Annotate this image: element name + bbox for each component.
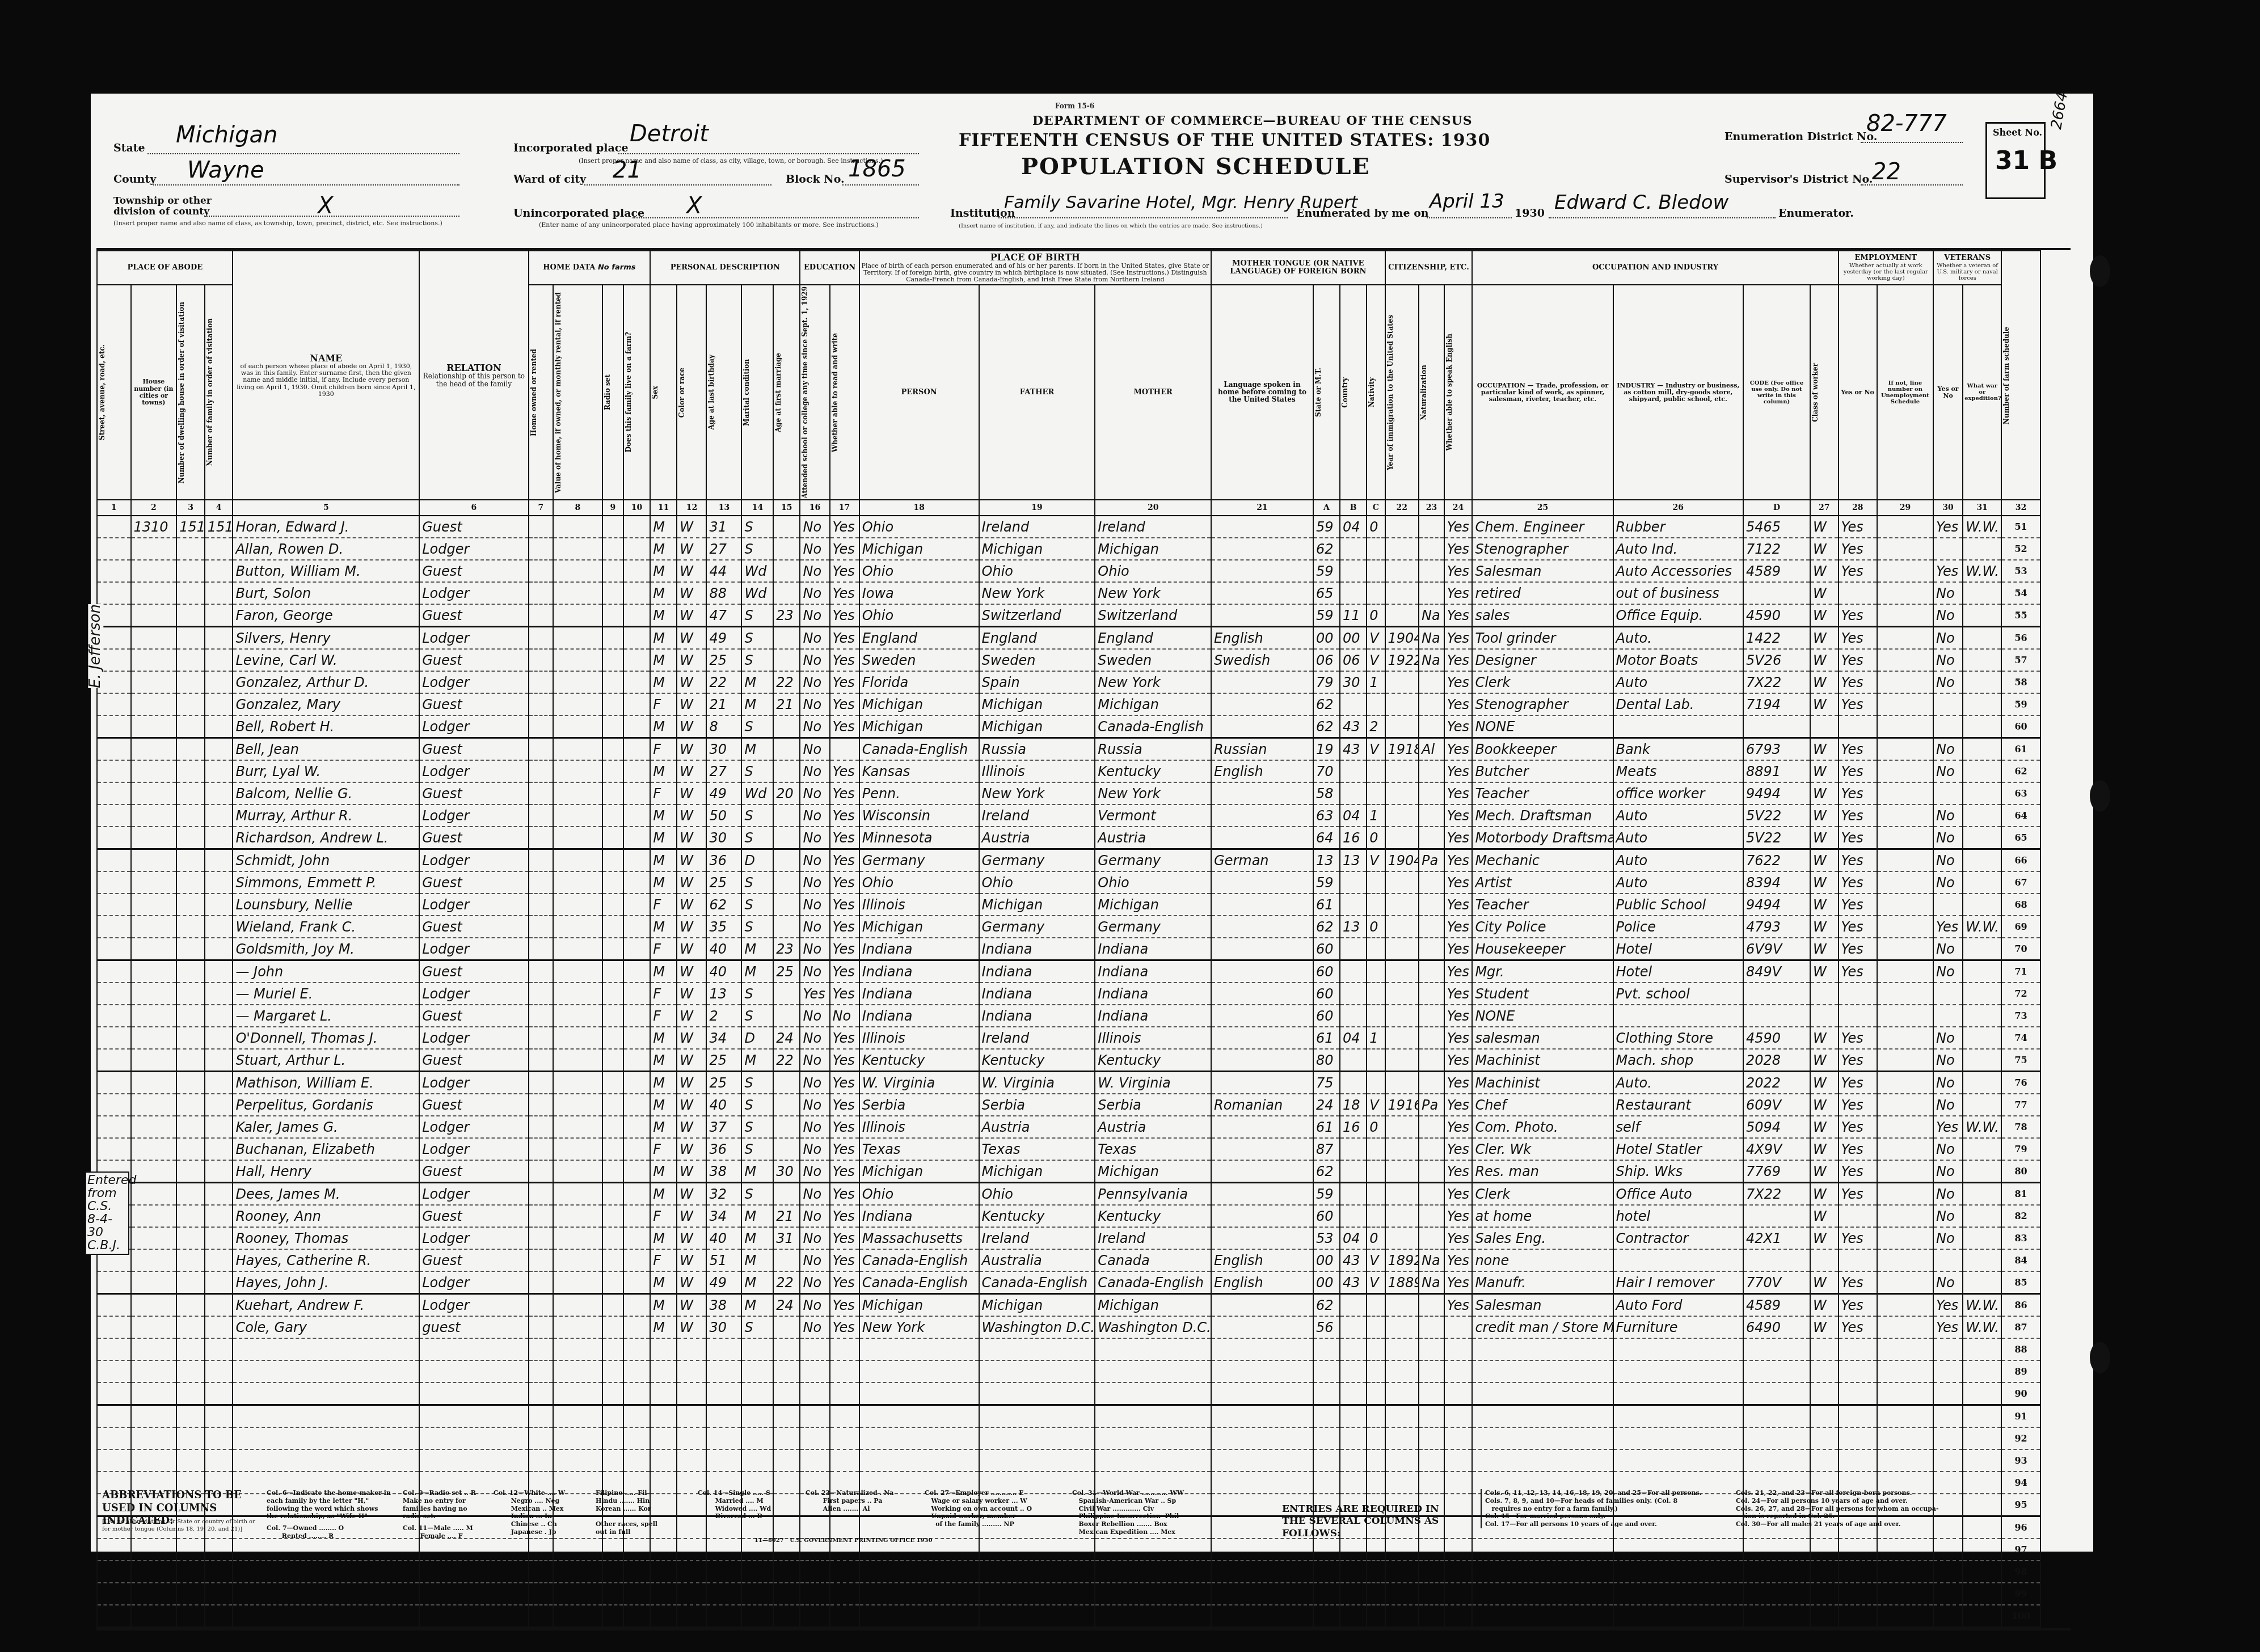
code-a-cell: 59 (1313, 871, 1340, 894)
column-number: 19 (979, 500, 1095, 516)
column-number: 11 (650, 500, 677, 516)
dwelling-number-cell (176, 782, 205, 804)
race-cell: W (677, 960, 706, 983)
home-data-cell (553, 1271, 602, 1294)
veteran-cell: Yes (1933, 916, 1963, 938)
occupation-cell: Chem. Engineer (1472, 516, 1613, 538)
street-cell (97, 738, 131, 761)
age-first-marriage-cell (773, 1072, 800, 1094)
home-data-cell (553, 1049, 602, 1072)
race-cell: W (677, 604, 706, 627)
code-b-cell (1340, 1072, 1367, 1094)
code-b-cell (1340, 1160, 1367, 1183)
punch-hole (2090, 255, 2110, 287)
dwelling-number-cell (176, 1183, 205, 1206)
home-data-cell (623, 715, 650, 738)
home-data-cell (623, 1360, 650, 1383)
can-read-write-cell: Yes (830, 1227, 859, 1249)
home-data-cell (529, 804, 553, 827)
census-row: Perpelitus, GordanisGuestMW40SNoYesSerbi… (97, 1094, 2070, 1116)
column-number: 25 (1472, 500, 1613, 516)
home-data-cell (602, 1005, 623, 1027)
street-cell (97, 1405, 131, 1428)
class-of-worker-cell: W (1810, 1049, 1839, 1072)
code-b-cell (1340, 983, 1367, 1005)
occupation-cell: Designer (1472, 649, 1613, 671)
dwelling-number-cell (176, 1383, 205, 1405)
col-19-head: FATHER (979, 285, 1095, 500)
col-23-head: Naturalization (1419, 285, 1444, 500)
home-data-cell (602, 627, 623, 650)
class-of-worker-cell: W (1810, 804, 1839, 827)
class-of-worker-cell (1810, 1338, 1839, 1360)
war-cell (1963, 627, 2001, 650)
age-first-marriage-cell (773, 1427, 800, 1449)
war-cell: W.W. (1963, 560, 2001, 582)
code-a-cell (1313, 1360, 1340, 1383)
veteran-cell (1933, 693, 1963, 715)
house-number-cell (131, 1449, 177, 1472)
veteran-cell (1933, 1383, 1963, 1405)
line-number-cell: 60 (2001, 715, 2040, 738)
war-cell: W.W. (1963, 916, 2001, 938)
war-cell (1963, 1561, 2001, 1583)
relation-cell (419, 1561, 528, 1583)
house-number-cell (131, 604, 177, 627)
census-row: Hayes, Catherine R.GuestFW51MNoYesCanada… (97, 1249, 2070, 1271)
line-number-cell: 66 (2001, 849, 2040, 872)
home-data-cell (529, 538, 553, 560)
line-number-cell: 56 (2001, 627, 2040, 650)
father-birthplace-cell: Switzerland (979, 604, 1095, 627)
war-cell (1963, 1094, 2001, 1116)
immigration-year-cell (1385, 1205, 1419, 1227)
home-data-cell (553, 1449, 602, 1472)
can-read-write-cell (830, 1338, 859, 1360)
war-cell (1963, 1360, 2001, 1383)
home-data-cell (553, 1027, 602, 1049)
home-data-cell (602, 1561, 623, 1583)
census-row: Dees, James M.LodgerMW32SNoYesOhioOhioPe… (97, 1183, 2070, 1206)
father-birthplace-cell: Spain (979, 671, 1095, 693)
veteran-cell: No (1933, 1205, 1963, 1227)
home-data-cell (529, 760, 553, 782)
father-birthplace-cell: Indiana (979, 938, 1095, 960)
class-of-worker-cell: W (1810, 1205, 1839, 1227)
war-cell: W.W. (1963, 516, 2001, 538)
unemployment-line-cell (1877, 1561, 1933, 1583)
code-a-cell: 62 (1313, 1160, 1340, 1183)
code-c-cell (1367, 760, 1385, 782)
code-b-cell (1340, 1294, 1367, 1317)
family-number-cell (205, 1427, 233, 1449)
house-number-cell (131, 1383, 177, 1405)
dwelling-number-cell (176, 1427, 205, 1449)
immigration-year-cell (1385, 938, 1419, 960)
race-cell: W (677, 715, 706, 738)
line-number-cell: 84 (2001, 1249, 2040, 1271)
birthplace-cell: Germany (859, 849, 979, 872)
mother-tongue-cell (1211, 1338, 1313, 1360)
can-read-write-cell (830, 1405, 859, 1428)
sex-cell: M (650, 1271, 677, 1294)
race-cell: W (677, 1183, 706, 1206)
can-read-write-cell: Yes (830, 938, 859, 960)
father-birthplace-cell: Australia (979, 1249, 1095, 1271)
at-work-cell: Yes (1839, 849, 1877, 872)
class-of-worker-cell: W (1810, 649, 1839, 671)
can-read-write-cell: Yes (830, 582, 859, 604)
unemployment-line-cell (1877, 804, 1933, 827)
industry-cell: Hotel Statler (1613, 1138, 1744, 1160)
code-d-cell: 770V (1743, 1271, 1810, 1294)
unemployment-line-cell (1877, 1227, 1933, 1249)
family-number-cell (205, 1138, 233, 1160)
relation-cell (419, 1427, 528, 1449)
occupation-cell: retired (1472, 582, 1613, 604)
line-number-cell: 71 (2001, 960, 2040, 983)
relation-cell: Guest (419, 693, 528, 715)
speaks-english-cell: Yes (1444, 1094, 1473, 1116)
race-cell: W (677, 627, 706, 650)
marital-status-cell: S (741, 804, 773, 827)
home-data-cell (529, 1249, 553, 1271)
birthplace-cell: New York (859, 1316, 979, 1338)
occupation-cell: Salesman (1472, 1294, 1613, 1317)
marital-status-cell (741, 1605, 773, 1628)
industry-cell: Auto Accessories (1613, 560, 1744, 582)
immigration-year-cell: 1922 (1385, 649, 1419, 671)
attended-school-cell: No (800, 649, 829, 671)
township-label: Township or other division of county (113, 196, 244, 217)
father-birthplace-cell: Germany (979, 849, 1095, 872)
home-data-cell (623, 804, 650, 827)
age-first-marriage-cell (773, 1116, 800, 1138)
code-a-cell: 64 (1313, 827, 1340, 849)
home-data-cell (529, 1227, 553, 1249)
occupation-cell: Machinist (1472, 1072, 1613, 1094)
dwelling-number-cell (176, 1338, 205, 1360)
occupation-cell: Salesman (1472, 560, 1613, 582)
veteran-cell (1933, 538, 1963, 560)
unemployment-line-cell (1877, 1160, 1933, 1183)
race-cell: W (677, 782, 706, 804)
state-label: State (113, 142, 145, 154)
dwelling-number-cell (176, 916, 205, 938)
at-work-cell: Yes (1839, 894, 1877, 916)
home-data-cell (623, 960, 650, 983)
group-birth: PLACE OF BIRTHPlace of birth of each per… (859, 251, 1211, 285)
home-data-cell (602, 1338, 623, 1360)
home-data-cell (553, 1160, 602, 1183)
father-birthplace-cell: Illinois (979, 760, 1095, 782)
mother-tongue-cell (1211, 1561, 1313, 1583)
home-data-cell (553, 1561, 602, 1583)
col-29-head: If not, line number on Unemployment Sche… (1877, 285, 1933, 500)
can-read-write-cell: Yes (830, 1294, 859, 1317)
mother-birthplace-cell: Texas (1095, 1138, 1211, 1160)
birthplace-cell: Michigan (859, 715, 979, 738)
code-d-cell (1743, 715, 1810, 738)
age-first-marriage-cell: 30 (773, 1160, 800, 1183)
class-of-worker-cell (1810, 1561, 1839, 1583)
home-data-cell (623, 849, 650, 872)
line-number-cell: 52 (2001, 538, 2040, 560)
column-number: 31 (1963, 500, 2001, 516)
attended-school-cell: No (800, 894, 829, 916)
dwelling-number-cell (176, 1049, 205, 1072)
mother-birthplace-cell: Canada-English (1095, 715, 1211, 738)
house-number-cell (131, 1116, 177, 1138)
dwelling-number-cell (176, 649, 205, 671)
attended-school-cell: No (800, 1027, 829, 1049)
line-number-cell: 68 (2001, 894, 2040, 916)
birthplace-cell: Michigan (859, 1294, 979, 1317)
code-a-cell (1313, 1449, 1340, 1472)
dwelling-number-cell (176, 1360, 205, 1383)
home-data-cell (623, 894, 650, 916)
war-cell (1963, 1160, 2001, 1183)
home-data-cell (602, 1449, 623, 1472)
mother-tongue-cell (1211, 1227, 1313, 1249)
war-cell (1963, 1383, 2001, 1405)
incorporated-value: Detroit (630, 121, 709, 147)
veteran-cell: No (1933, 760, 1963, 782)
census-row: Silvers, HenryLodgerMW49SNoYesEnglandEng… (97, 627, 2070, 650)
occupation-cell: Housekeeper (1472, 938, 1613, 960)
naturalization-cell (1419, 1138, 1444, 1160)
occupation-cell: Cler. Wk (1472, 1138, 1613, 1160)
code-a-cell: 62 (1313, 916, 1340, 938)
home-data-cell (529, 894, 553, 916)
occupation-cell: Butcher (1472, 760, 1613, 782)
can-read-write-cell: Yes (830, 715, 859, 738)
immigration-year-cell (1385, 560, 1419, 582)
home-data-cell (529, 782, 553, 804)
industry-cell (1613, 1405, 1744, 1428)
father-birthplace-cell (979, 1449, 1095, 1472)
home-data-cell (602, 538, 623, 560)
occupation-cell: salesman (1472, 1027, 1613, 1049)
house-number-cell (131, 693, 177, 715)
code-b-cell (1340, 894, 1367, 916)
age-first-marriage-cell: 21 (773, 1205, 800, 1227)
veteran-cell (1933, 1360, 1963, 1383)
street-cell (97, 938, 131, 960)
family-number-cell (205, 1116, 233, 1138)
at-work-cell (1839, 1383, 1877, 1405)
person-name-cell: Bell, Robert H. (233, 715, 419, 738)
line-number-cell: 93 (2001, 1449, 2040, 1472)
attended-school-cell: No (800, 1183, 829, 1206)
family-number-cell (205, 804, 233, 827)
home-data-cell (623, 782, 650, 804)
immigration-year-cell (1385, 516, 1419, 538)
speaks-english-cell: Yes (1444, 582, 1473, 604)
mother-tongue-cell (1211, 1605, 1313, 1628)
home-data-cell (623, 1449, 650, 1472)
person-name-cell: Faron, George (233, 604, 419, 627)
code-a-cell: 63 (1313, 804, 1340, 827)
code-c-cell: V (1367, 1271, 1385, 1294)
immigration-year-cell (1385, 1138, 1419, 1160)
code-c-cell: V (1367, 1249, 1385, 1271)
unemployment-line-cell (1877, 627, 1933, 650)
mother-birthplace-cell: Michigan (1095, 538, 1211, 560)
line-number-cell: 64 (2001, 804, 2040, 827)
mother-birthplace-cell: Canada-English (1095, 1271, 1211, 1294)
war-cell (1963, 1072, 2001, 1094)
industry-cell: Contractor (1613, 1227, 1744, 1249)
war-cell (1963, 983, 2001, 1005)
col-22-head: Year of immigration to the United States (1385, 285, 1419, 500)
home-data-cell (623, 1294, 650, 1317)
mother-birthplace-cell (1095, 1338, 1211, 1360)
home-data-cell (529, 1405, 553, 1428)
home-data-cell (623, 916, 650, 938)
age-cell: 25 (706, 1072, 741, 1094)
father-birthplace-cell: Ireland (979, 1227, 1095, 1249)
industry-cell: Office Auto (1613, 1183, 1744, 1206)
county-label: County (113, 173, 156, 186)
dwelling-number-cell (176, 1027, 205, 1049)
race-cell: W (677, 1160, 706, 1183)
code-b-cell (1340, 1316, 1367, 1338)
unemployment-line-cell (1877, 1405, 1933, 1428)
immigration-year-cell: 1892 (1385, 1249, 1419, 1271)
mother-tongue-cell (1211, 1360, 1313, 1383)
sex-cell: M (650, 1183, 677, 1206)
naturalization-cell (1419, 1360, 1444, 1383)
mother-birthplace-cell: Sweden (1095, 649, 1211, 671)
age-cell: 40 (706, 1227, 741, 1249)
attended-school-cell: No (800, 1205, 829, 1227)
code-d-cell: 7122 (1743, 538, 1810, 560)
relation-cell: Lodger (419, 1271, 528, 1294)
mother-tongue-cell (1211, 1405, 1313, 1428)
code-b-cell: 11 (1340, 604, 1367, 627)
home-data-cell (602, 1427, 623, 1449)
mother-tongue-cell (1211, 516, 1313, 538)
mother-birthplace-cell: Washington D.C. (1095, 1316, 1211, 1338)
home-data-cell (553, 538, 602, 560)
house-number-cell (131, 960, 177, 983)
home-data-cell (602, 604, 623, 627)
attended-school-cell: No (800, 1294, 829, 1317)
marital-status-cell: S (741, 894, 773, 916)
home-data-cell (529, 983, 553, 1005)
census-row: Murray, Arthur R.LodgerMW50SNoYesWiscons… (97, 804, 2070, 827)
father-birthplace-cell (979, 1405, 1095, 1428)
industry-cell: Office Equip. (1613, 604, 1744, 627)
unemployment-line-cell (1877, 1316, 1933, 1338)
code-c-cell (1367, 1405, 1385, 1428)
birthplace-cell (859, 1360, 979, 1383)
house-number-cell (131, 538, 177, 560)
can-read-write-cell: Yes (830, 516, 859, 538)
home-data-cell (602, 827, 623, 849)
sex-cell (650, 1583, 677, 1605)
township-note: (Insert proper name and also name of cla… (113, 220, 442, 227)
relation-cell: Lodger (419, 627, 528, 650)
code-d-cell: 4590 (1743, 1027, 1810, 1049)
code-b-cell: 16 (1340, 1116, 1367, 1138)
unemployment-line-cell (1877, 849, 1933, 872)
home-data-cell (623, 1427, 650, 1449)
occupation-cell (1472, 1383, 1613, 1405)
code-d-cell: 4589 (1743, 560, 1810, 582)
home-data-cell (529, 1271, 553, 1294)
can-read-write-cell: No (830, 1005, 859, 1027)
family-number-cell (205, 1005, 233, 1027)
family-number-cell (205, 693, 233, 715)
immigration-year-cell (1385, 1405, 1419, 1428)
home-data-cell (529, 871, 553, 894)
father-birthplace-cell (979, 1561, 1095, 1583)
code-a-cell: 60 (1313, 1205, 1340, 1227)
unemployment-line-cell (1877, 671, 1933, 693)
sex-cell (650, 1561, 677, 1583)
age-first-marriage-cell (773, 871, 800, 894)
relation-cell: guest (419, 1316, 528, 1338)
person-name-cell: Hayes, Catherine R. (233, 1249, 419, 1271)
home-data-cell (602, 693, 623, 715)
code-b-cell (1340, 693, 1367, 715)
veteran-cell: No (1933, 871, 1963, 894)
occupation-cell: sales (1472, 604, 1613, 627)
class-of-worker-cell (1810, 1405, 1839, 1428)
census-row: — JohnGuestMW40M25NoYesIndianaIndianaInd… (97, 960, 2070, 983)
marital-status-cell: S (741, 1072, 773, 1094)
enumerator-label: Enumerator. (1778, 207, 1854, 220)
code-b-cell (1340, 582, 1367, 604)
home-data-cell (602, 1583, 623, 1605)
street-cell (97, 1583, 131, 1605)
mother-tongue-cell: Romanian (1211, 1094, 1313, 1116)
line-number-cell: 76 (2001, 1072, 2040, 1094)
sd-value: 22 (1872, 159, 1901, 185)
immigration-year-cell (1385, 782, 1419, 804)
immigration-year-cell (1385, 1294, 1419, 1317)
line-number-cell: 78 (2001, 1116, 2040, 1138)
mother-birthplace-cell: Austria (1095, 827, 1211, 849)
father-birthplace-cell: Canada-English (979, 1271, 1095, 1294)
code-d-cell (1743, 1360, 1810, 1383)
immigration-year-cell (1385, 1183, 1419, 1206)
dwelling-number-cell (176, 1561, 205, 1583)
at-work-cell: Yes (1839, 538, 1877, 560)
relation-cell: Guest (419, 738, 528, 761)
home-data-cell (602, 516, 623, 538)
relation-cell (419, 1583, 528, 1605)
group-abode: PLACE OF ABODE (97, 251, 233, 285)
war-cell (1963, 1205, 2001, 1227)
home-data-cell (553, 671, 602, 693)
age-first-marriage-cell (773, 1449, 800, 1472)
relation-cell (419, 1383, 528, 1405)
speaks-english-cell: Yes (1444, 1116, 1473, 1138)
code-d-cell: 4589 (1743, 1294, 1810, 1317)
line-number-cell: 85 (2001, 1271, 2040, 1294)
sd-label: Supervisor's District No. (1724, 173, 1873, 186)
line-number-cell: 61 (2001, 738, 2040, 761)
enumerated-date: April 13 (1430, 190, 1504, 213)
state-value: Michigan (176, 122, 277, 148)
code-a-cell: 60 (1313, 1005, 1340, 1027)
home-data-cell (553, 1360, 602, 1383)
veteran-cell: No (1933, 827, 1963, 849)
person-name-cell: Buchanan, Elizabeth (233, 1138, 419, 1160)
